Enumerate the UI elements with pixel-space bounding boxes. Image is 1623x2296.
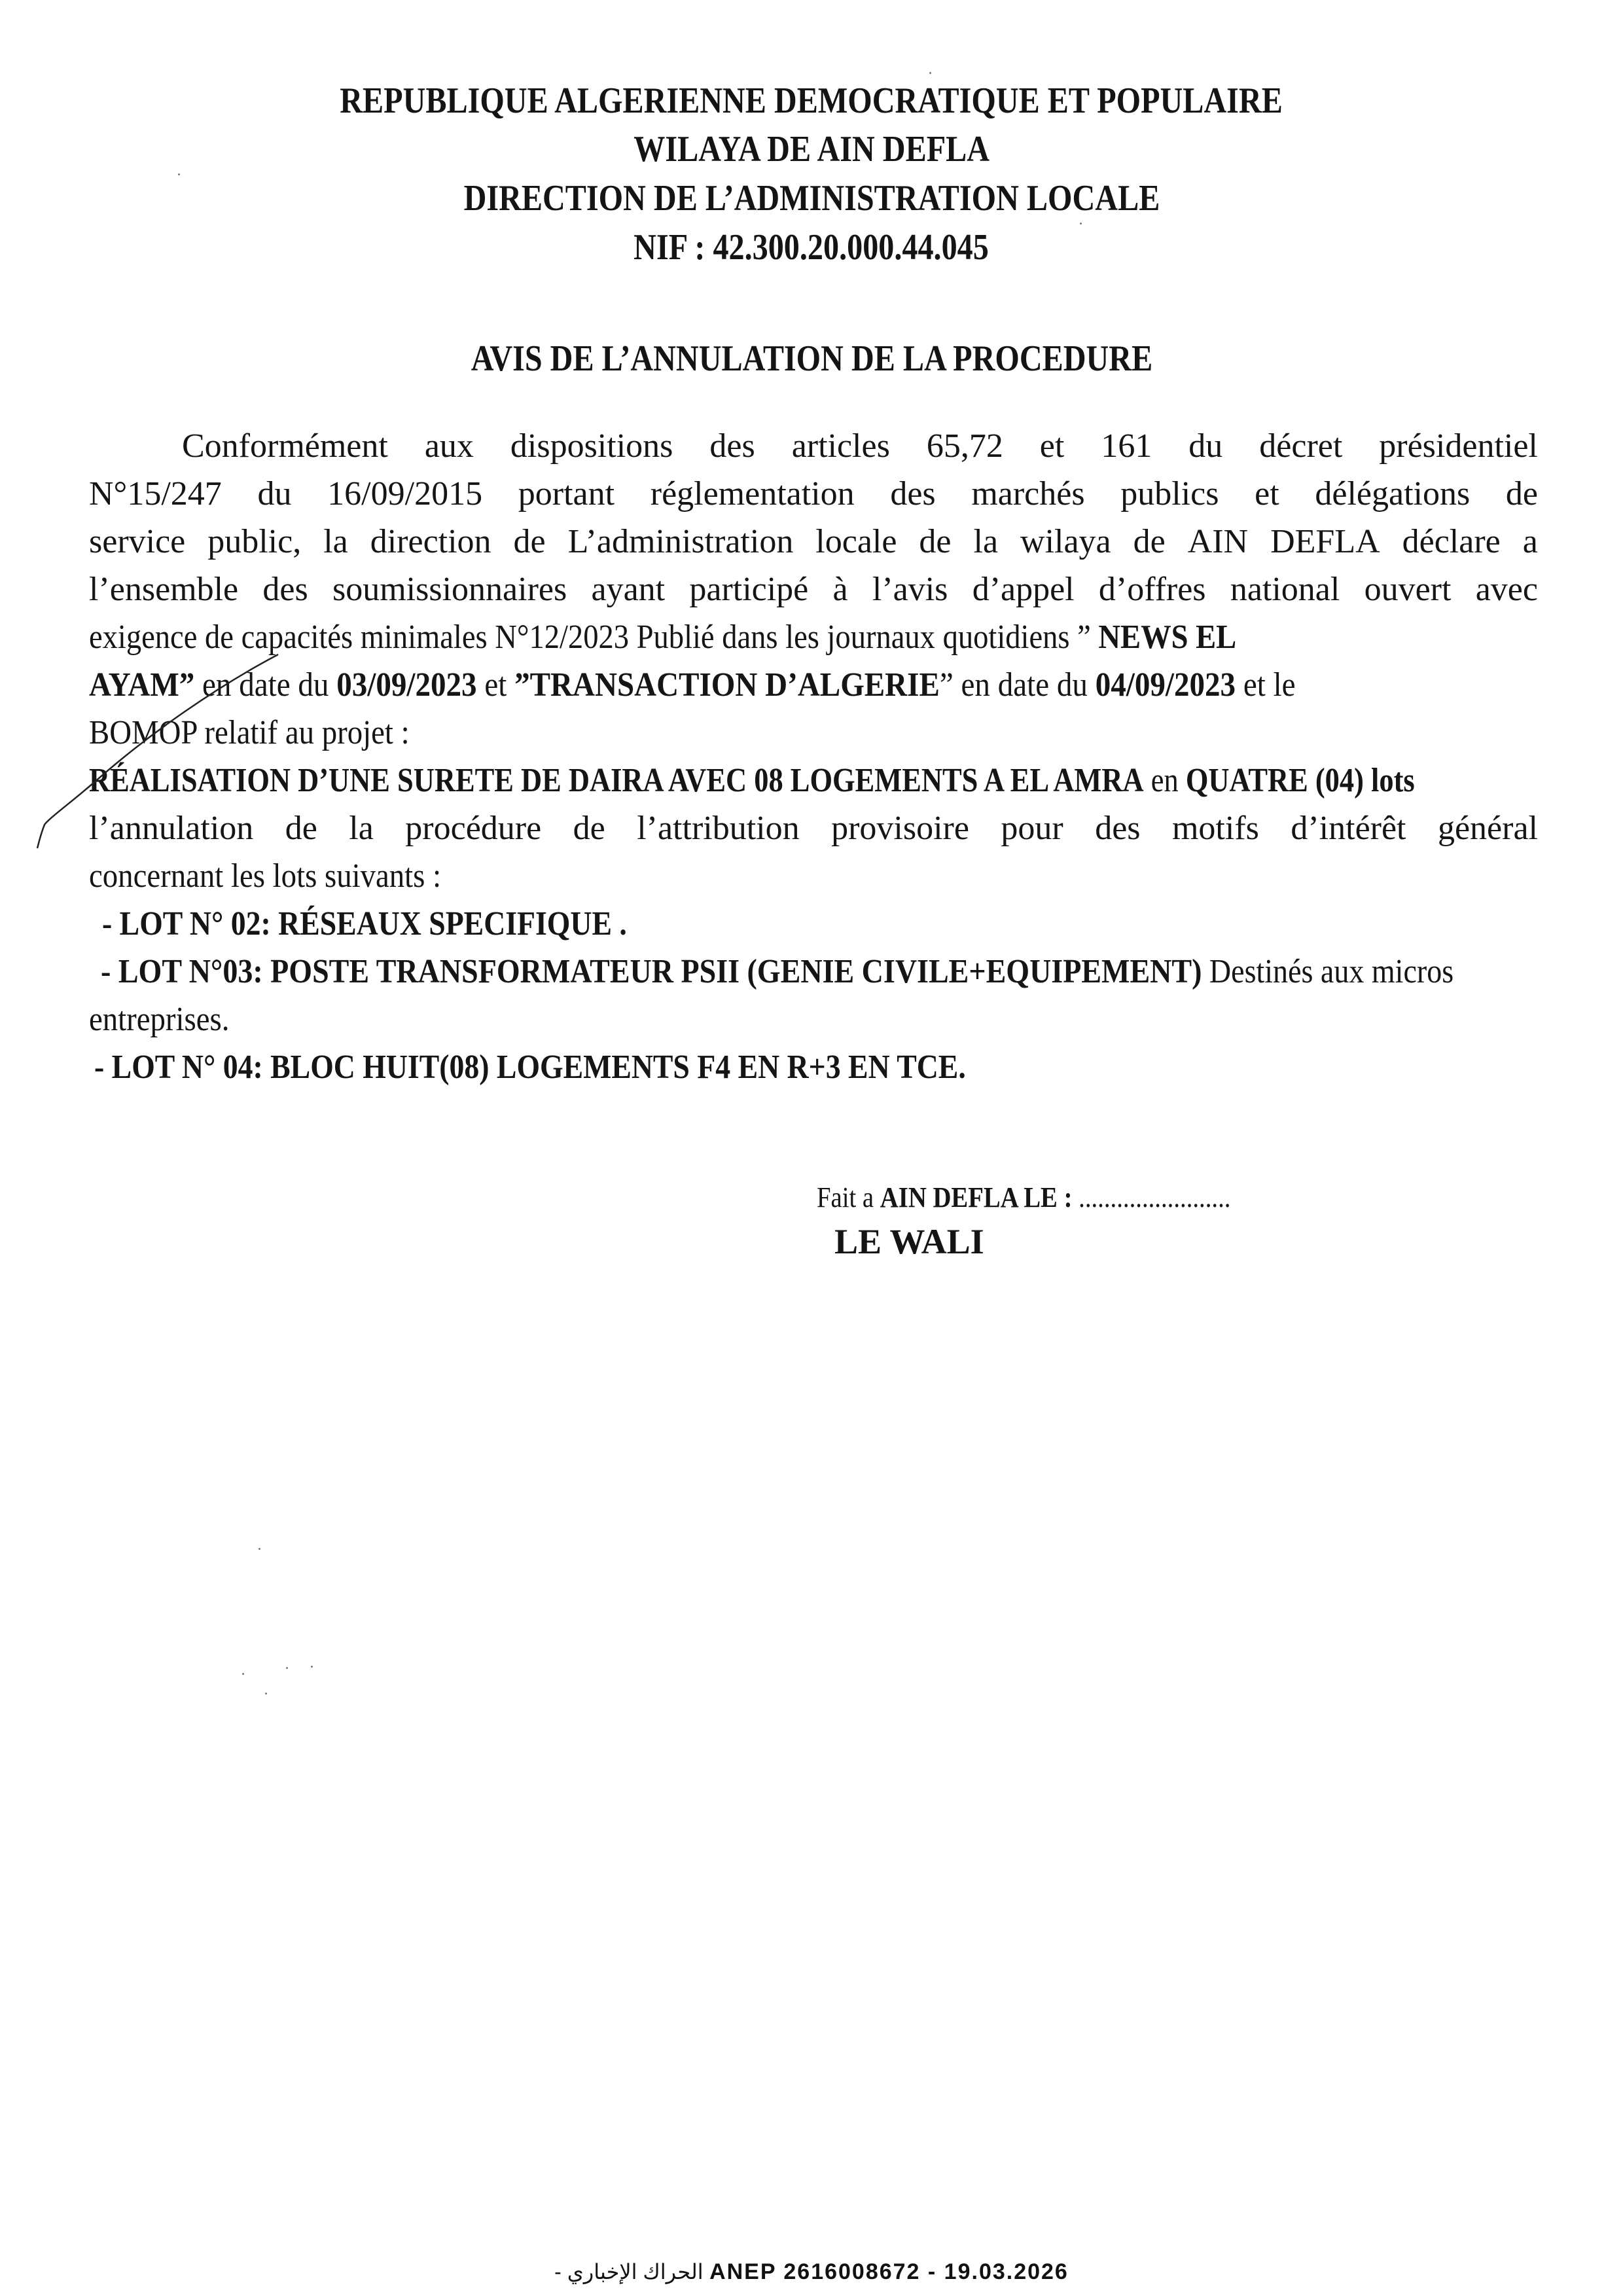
body-word: du [257, 470, 291, 518]
body-word: des [1095, 804, 1140, 852]
lot-item-03-suffix: Destinés aux micros [1209, 953, 1454, 990]
body-word: et [1255, 470, 1279, 518]
body-word: direction [370, 518, 491, 565]
body-word: dispositions [510, 422, 673, 470]
lot-item-03-continuation: entreprises. [89, 996, 1538, 1043]
body-line-6-text-1: en date du [202, 666, 329, 704]
header-direction-text: DIRECTION DE L’ADMINISTRATION LOCALE [463, 180, 1160, 217]
body-word: à [833, 565, 848, 613]
body-word: participé [689, 565, 808, 613]
signature-date-blank: ........................ [1079, 1181, 1230, 1213]
body-line-6-text-3: ” en date du [940, 666, 1088, 704]
body-line-6: AYAM” en date du 03/09/2023 et ”TRANSACT… [89, 661, 1538, 709]
body-word: locale [815, 518, 897, 565]
lot-item-04-content: - LOT N° 04: BLOC HUIT(08) LOGEMENTS F4 … [94, 1043, 966, 1091]
body-word: de [1506, 470, 1538, 518]
footer-anep-reference: ANEP 2616008672 - 19.03.2026 [709, 2259, 1069, 2284]
body-word: 161 [1101, 422, 1152, 470]
body-word: et [1040, 422, 1065, 470]
project-title: RÉALISATION D’UNE SURETE DE DAIRA AVEC 0… [89, 762, 1144, 799]
body-line-8-content: RÉALISATION D’UNE SURETE DE DAIRA AVEC 0… [89, 757, 1415, 804]
signature-place-date: Fait a AIN DEFLA LE : ..................… [817, 1183, 1287, 1212]
body-word: déclare [1402, 518, 1501, 565]
body-word: aux [425, 422, 474, 470]
signature-prefix: Fait a [817, 1181, 874, 1213]
body-word: avec [1476, 565, 1538, 613]
signature-place: AIN DEFLA LE : [880, 1181, 1073, 1213]
body-line-9: l’annulationdelaprocéduredel’attribution… [89, 804, 1538, 852]
body-word: articles [792, 422, 890, 470]
body-word: l’attribution [637, 804, 799, 852]
body-word: de [1133, 518, 1166, 565]
header-nif: NIF : 42.300.20.000.44.045 [0, 229, 1623, 266]
scan-speck [242, 1673, 244, 1675]
body-word: L’administration [568, 518, 794, 565]
body-word: DEFLA [1270, 518, 1380, 565]
body-word: réglementation [651, 470, 855, 518]
newspaper-name-2: ”TRANSACTION D’ALGERIE [514, 666, 940, 704]
lot-item-02-label: - LOT N° 02: RÉSEAUX SPECIFIQUE . [102, 905, 627, 942]
body-line-6-content: AYAM” en date du 03/09/2023 et ”TRANSACT… [89, 661, 1296, 709]
document-page: REPUBLIQUE ALGERIENNE DEMOCRATIQUE ET PO… [0, 0, 1623, 2296]
body-line-7: BOMOP relatif au projet : [89, 709, 1538, 757]
lot-item-03-label: - LOT N°03: POSTE TRANSFORMATEUR PSII (G… [101, 953, 1202, 990]
body-line-10: concernant les lots suivants : [89, 852, 1538, 900]
notice-body: Conformémentauxdispositionsdesarticles65… [89, 422, 1538, 1091]
body-word: général [1438, 804, 1538, 852]
body-line-2: N°15/247du16/09/2015portantréglementatio… [89, 470, 1538, 518]
body-word: des [709, 422, 755, 470]
footer-reference: الحراك الإخباري - ANEP 2616008672 - 19.0… [0, 2259, 1623, 2285]
signature-place-date-content: Fait a AIN DEFLA LE : ..................… [817, 1183, 1230, 1212]
body-word: de [285, 804, 317, 852]
body-word: 65,72 [927, 422, 1003, 470]
body-line-1: Conformémentauxdispositionsdesarticles65… [89, 422, 1538, 470]
header-nif-text: NIF : 42.300.20.000.44.045 [634, 229, 990, 266]
body-line-5-content: exigence de capacités minimales N°12/202… [89, 613, 1236, 661]
body-line-4: l’ensembledessoumissionnairesayantpartic… [89, 565, 1538, 613]
body-line-4-words: l’ensembledessoumissionnairesayantpartic… [89, 565, 1538, 613]
body-word: provisoire [831, 804, 969, 852]
lot-item-02-content: - LOT N° 02: RÉSEAUX SPECIFIQUE . [102, 900, 627, 948]
body-word: procédure [405, 804, 541, 852]
body-word: de [514, 518, 546, 565]
body-word: la [349, 804, 374, 852]
body-word: AIN [1188, 518, 1248, 565]
scan-speck [178, 173, 180, 175]
lot-item-03-content: - LOT N°03: POSTE TRANSFORMATEUR PSII (G… [101, 948, 1454, 996]
body-line-3: servicepublic,ladirectiondeL’administrat… [89, 518, 1538, 565]
body-word: des [262, 565, 308, 613]
body-word: présidentiel [1379, 422, 1538, 470]
body-word: l’avis [872, 565, 948, 613]
body-word: motifs [1172, 804, 1259, 852]
header-wilaya: WILAYA DE AIN DEFLA [0, 131, 1623, 168]
body-line-6-text-4: et le [1243, 666, 1296, 704]
body-word: marchés [971, 470, 1084, 518]
notice-title-text: AVIS DE L’ANNULATION DE LA PROCEDURE [471, 340, 1152, 377]
body-word: N°15/247 [89, 470, 222, 518]
body-word: la [323, 518, 348, 565]
header-republic-text: REPUBLIQUE ALGERIENNE DEMOCRATIQUE ET PO… [340, 82, 1283, 119]
body-word: l’ensemble [89, 565, 238, 613]
body-line-1-words: Conformémentauxdispositionsdesarticles65… [89, 422, 1538, 470]
body-word: ayant [591, 565, 665, 613]
scan-speck [265, 1693, 267, 1695]
body-line-3-words: servicepublic,ladirectiondeL’administrat… [89, 518, 1538, 565]
body-word: de [573, 804, 605, 852]
lots-count: QUATRE (04) lots [1186, 762, 1415, 799]
body-word: d’appel [972, 565, 1075, 613]
body-word: 16/09/2015 [327, 470, 482, 518]
footer-arabic-source: الحراك الإخباري - [554, 2260, 703, 2284]
body-line-5: exigence de capacités minimales N°12/202… [89, 613, 1538, 661]
body-word: a [1523, 518, 1538, 565]
body-word: national [1230, 565, 1340, 613]
body-line-7-text: BOMOP relatif au projet : [89, 709, 410, 757]
body-word: de [919, 518, 951, 565]
body-line-5-text: exigence de capacités minimales N°12/202… [89, 619, 1091, 656]
newspaper-name-1b: AYAM” [89, 666, 194, 704]
lot-item-04: - LOT N° 04: BLOC HUIT(08) LOGEMENTS F4 … [89, 1043, 1538, 1091]
newspaper-name-1a: NEWS EL [1098, 619, 1236, 656]
body-word: délégations [1315, 470, 1470, 518]
body-word: du [1188, 422, 1222, 470]
scan-speck [929, 72, 931, 74]
body-word: la [974, 518, 999, 565]
body-line-8-text: en [1151, 762, 1179, 799]
body-word: l’annulation [89, 804, 253, 852]
publication-date-1: 03/09/2023 [336, 666, 476, 704]
header-republic: REPUBLIQUE ALGERIENNE DEMOCRATIQUE ET PO… [0, 82, 1623, 119]
body-word: ouvert [1364, 565, 1452, 613]
scan-speck [1080, 223, 1082, 224]
body-word: portant [518, 470, 615, 518]
body-line-2-words: N°15/247du16/09/2015portantréglementatio… [89, 470, 1538, 518]
body-word: pour [1001, 804, 1063, 852]
lot-item-03-continuation-text: entreprises. [89, 996, 229, 1043]
body-word: publics [1120, 470, 1219, 518]
notice-title: AVIS DE L’ANNULATION DE LA PROCEDURE [0, 340, 1623, 377]
body-word: service [89, 518, 185, 565]
signatory: LE WALI [834, 1224, 984, 1259]
body-word: Conformément [182, 422, 388, 470]
body-word: d’offres [1099, 565, 1206, 613]
body-line-6-text-2: et [484, 666, 507, 704]
body-word: soumissionnaires [332, 565, 567, 613]
lot-item-04-label: - LOT N° 04: BLOC HUIT(08) LOGEMENTS F4 … [94, 1049, 966, 1086]
publication-date-2: 04/09/2023 [1096, 666, 1236, 704]
body-line-8: RÉALISATION D’UNE SURETE DE DAIRA AVEC 0… [89, 757, 1538, 804]
body-word: des [890, 470, 935, 518]
lot-item-02: - LOT N° 02: RÉSEAUX SPECIFIQUE . [89, 900, 1538, 948]
body-line-10-text: concernant les lots suivants : [89, 852, 441, 900]
scan-speck [286, 1667, 288, 1669]
body-line-9-words: l’annulationdelaprocéduredel’attribution… [89, 804, 1538, 852]
header-direction: DIRECTION DE L’ADMINISTRATION LOCALE [0, 180, 1623, 217]
scan-speck [311, 1666, 313, 1668]
body-word: wilaya [1020, 518, 1111, 565]
body-word: d’intérêt [1291, 804, 1406, 852]
header-wilaya-text: WILAYA DE AIN DEFLA [633, 131, 990, 168]
body-word: décret [1259, 422, 1342, 470]
lot-item-03: - LOT N°03: POSTE TRANSFORMATEUR PSII (G… [89, 948, 1538, 996]
body-word: public, [207, 518, 301, 565]
scan-speck [259, 1548, 260, 1550]
